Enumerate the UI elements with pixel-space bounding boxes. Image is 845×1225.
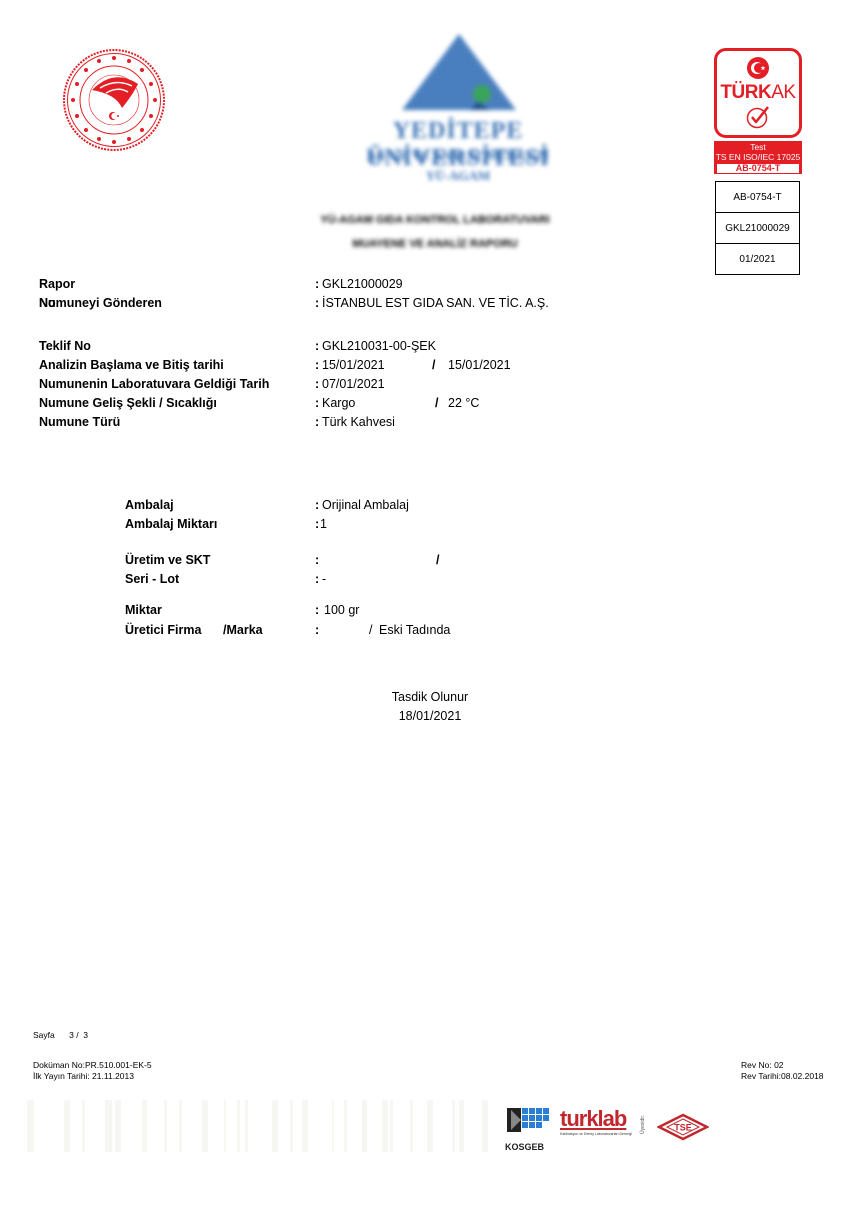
separator: : [315,275,319,294]
revision-info: Rev No: 02 Rev Tarihi:08.02.2018 [741,1060,824,1082]
turkak-word-light: AK [771,82,795,103]
field-value-2: Eski Tadında [379,621,450,640]
separator: : [315,413,319,432]
reference-table: AB-0754-T GKL21000029 01/2021 [715,181,800,275]
turklab-tagline: Kalibrasyon ve Deney Laboratuvarları Der… [560,1132,650,1136]
separator-slash: / [435,394,438,413]
turklab-member-note: Üyesidir. [640,1115,646,1134]
field-label: Üretim ve SKT [125,551,210,570]
field-value: 100 gr [324,601,359,620]
report-number: GKL21000029 [716,213,800,244]
faint-barcode [27,1100,497,1152]
field-value: Türk Kahvesi [322,413,395,432]
university-logo: YEDİTEPE ÜNİVERSİTESİ AR-GE VE ANALİZ ME… [318,30,598,190]
approval-block: Tasdik Olunur 18/01/2021 [340,688,520,726]
field-value: Kargo [322,394,355,413]
field-label: Numunenin Laboratuvara Geldiği Tarih [39,375,269,394]
separator: : [315,394,319,413]
separator: : [315,621,319,640]
separator: : [315,570,319,589]
field-value: İSTANBUL EST GIDA SAN. VE TİC. A.Ş. [322,294,549,313]
field-label: Numuneyi Gönderen [39,294,162,313]
field-label: Üretici Firma [125,621,201,640]
separator: : [315,551,319,570]
field-value: GKL21000029 [322,275,403,294]
document-info: Doküman No:PR.510.001-EK-5 İlk Yayın Tar… [33,1060,152,1082]
separator-slash: / [436,551,439,570]
field-label: Numune Geliş Şekli / Sıcaklığı [39,394,217,413]
crescent-star-icon [746,56,770,80]
checkmark-circle-icon [745,105,771,129]
turkak-test-label: Test [714,142,802,152]
field-label: Analizin Başlama ve Bitiş tarihi [39,356,224,375]
separator: : [315,515,319,534]
separator-slash: / [369,621,372,640]
separator: : [315,601,319,620]
field-label: Numune Türü [39,413,120,432]
separator: : [315,375,319,394]
report-heading: YÜ-AGAM GIDA KONTROL LABORATUVARI MUAYEN… [250,208,620,256]
field-value: GKL210031-00-ŞEK [322,337,436,356]
university-unit: YÜ-AGAM [318,168,598,184]
field-value: 07/01/2021 [322,375,385,394]
page-label: Sayfa [33,1030,55,1040]
revision-date: Rev Tarihi:08.02.2018 [741,1071,824,1082]
field-label: Seri - Lot [125,570,179,589]
ministry-seal-logo [62,48,166,152]
separator: : [315,356,319,375]
separator: : [315,337,319,356]
first-publish-date: İlk Yayın Tarihi: 21.11.2013 [33,1071,152,1082]
tse-label: TSE [674,1123,692,1133]
university-subtitle: AR-GE VE ANALİZ MERKEZİ [318,148,598,164]
field-value: 1 [320,515,327,534]
tse-logo: TSE [657,1113,709,1141]
revision-number: Rev No: 02 [741,1060,824,1071]
turklab-word: turklab [560,1106,626,1131]
turkak-accreditation-badge: TÜRKAK Test TS EN ISO/IEC 17025 AB-0754-… [714,48,800,174]
kosgeb-label: KOSGEB [505,1142,551,1152]
document-number: Doküman No:PR.510.001-EK-5 [33,1060,152,1071]
approval-date: 18/01/2021 [340,707,520,726]
field-value: Orijinal Ambalaj [322,496,409,515]
field-label: Ambalaj [125,496,174,515]
report-heading-line-1: YÜ-AGAM GIDA KONTROL LABORATUVARI [250,208,620,232]
triangle-logo-icon [400,32,518,112]
turkak-code: AB-0754-T [716,163,800,174]
page-number: 3 / 3 [69,1030,88,1040]
kosgeb-logo: KOSGEB [505,1106,551,1148]
field-label: Teklif No [39,337,91,356]
turklab-wordmark: turklab [560,1108,650,1130]
separator: : [315,496,319,515]
accreditation-number: AB-0754-T [716,182,800,213]
tse-diamond-icon: TSE [657,1113,709,1141]
turkak-word-bold: TÜRK [720,82,771,103]
kosgeb-mark-icon [505,1106,551,1136]
report-heading-line-2: MUAYENE VE ANALİZ RAPORU [250,232,620,256]
separator: : [315,294,319,313]
page-indicator: Sayfa 3 / 3 [33,1030,88,1041]
field-value: - [322,570,326,589]
turkak-wordmark: TÜRKAK [717,82,799,104]
separator-slash: / [432,356,435,375]
turkak-standard: TS EN ISO/IEC 17025 [714,152,802,162]
field-value-2: 22 °C [448,394,479,413]
turklab-logo: turklab Kalibrasyon ve Deney Laboratuvar… [560,1108,650,1148]
field-label: Ambalaj Miktarı [125,515,217,534]
field-value: 15/01/2021 [322,356,385,375]
field-label-2: /Marka [223,621,263,640]
report-month: 01/2021 [716,244,800,275]
field-value-2: 15/01/2021 [448,356,511,375]
approval-text: Tasdik Olunur [340,688,520,707]
field-label: Miktar [125,601,162,620]
